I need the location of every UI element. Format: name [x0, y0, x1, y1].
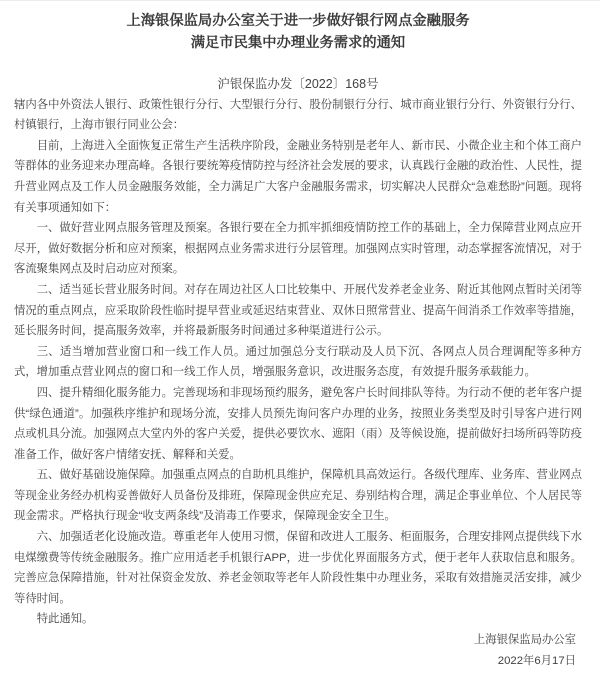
- recipients-line: 辖内各中外资法人银行、政策性银行分行、大型银行分行、股份制银行分行、城市商业银行…: [14, 95, 582, 136]
- notice-paragraph-5: 五、做好基础设施保障。加强重点网点的自助机具维护，保障机具高效运行。各级代理库、…: [14, 465, 582, 527]
- notice-paragraph-4: 四、提升精细化服务能力。完善现场和非现场预约服务，避免客户长时间排队等待。为行动…: [14, 383, 582, 465]
- notice-document: 上海银保监局办公室关于进一步做好银行网点金融服务 满足市民集中办理业务需求的通知…: [0, 0, 600, 682]
- signature-org: 上海银保监局办公室: [14, 630, 576, 651]
- document-title-line2: 满足市民集中办理业务需求的通知: [191, 35, 405, 51]
- document-title-line1: 上海银保监局办公室关于进一步做好银行网点金融服务: [126, 13, 469, 29]
- intro-paragraph: 目前，上海进入全面恢复正常生产生活秩序阶段，金融业务特别是老年人、新市民、小微企…: [14, 136, 582, 218]
- document-number: 沪银保监办发〔2022〕168号: [14, 74, 582, 95]
- signature-date: 2022年6月17日: [14, 651, 576, 672]
- closing-line: 特此通知。: [14, 609, 582, 630]
- document-body: 辖内各中外资法人银行、政策性银行分行、大型银行分行、股份制银行分行、城市商业银行…: [14, 95, 582, 672]
- document-title: 上海银保监局办公室关于进一步做好银行网点金融服务 满足市民集中办理业务需求的通知: [14, 10, 582, 54]
- notice-paragraph-6: 六、加强适老化设施改造。尊重老年人使用习惯，保留和改进人工服务、柜面服务，合理安…: [14, 527, 582, 609]
- notice-paragraph-1: 一、做好营业网点服务管理及预案。各银行要在全力抓牢抓细疫情防控工作的基础上，全力…: [14, 218, 582, 280]
- notice-paragraph-2: 二、适当延长营业服务时间。对存在周边社区人口比较集中、开展代发养老金业务、附近其…: [14, 280, 582, 342]
- signature-block: 上海银保监局办公室 2022年6月17日: [14, 630, 582, 671]
- notice-paragraph-3: 三、适当增加营业窗口和一线工作人员。通过加强总分支行联动及人员下沉、各网点人员合…: [14, 342, 582, 383]
